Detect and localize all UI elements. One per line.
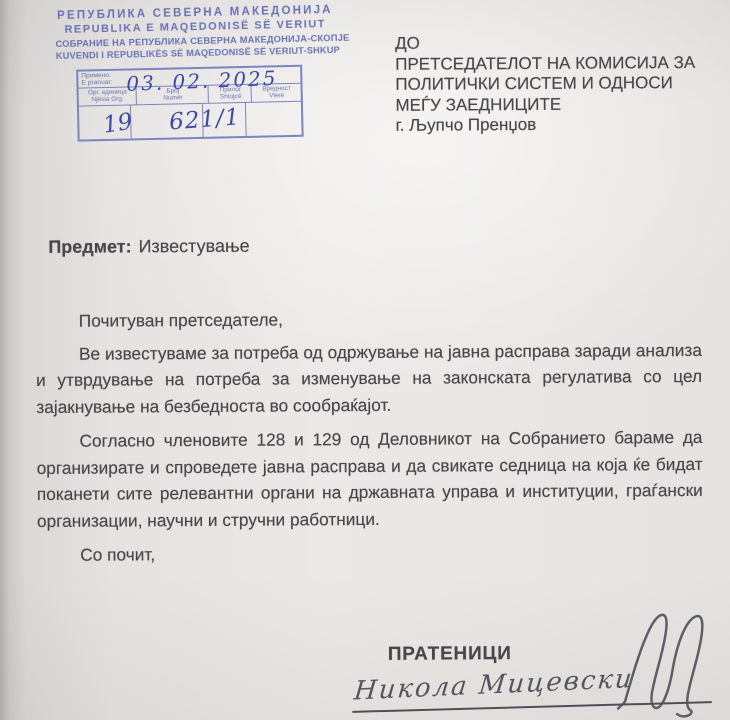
scanned-letter-page: РЕПУБЛИКА СЕВЕРНА МАКЕДОНИЈА REPUBLIKA E… xyxy=(0,0,730,720)
assembly-receipt-stamp: РЕПУБЛИКА СЕВЕРНА МАКЕДОНИЈА REPUBLIKA E… xyxy=(55,4,338,142)
received-label: Примено: E pranuar: xyxy=(81,69,235,87)
stamp-col-value: Вредност Vlerë xyxy=(252,84,301,102)
deputies-heading: ПРАТЕНИЦИ xyxy=(388,643,512,666)
attachment-label-sq: Shtojcë xyxy=(219,94,241,101)
body-paragraph-1: Ве известуваме за потреба од одржување н… xyxy=(36,336,702,420)
recipient-line-to: ДО xyxy=(395,32,695,54)
handwritten-signature-name: Никола Мицевски xyxy=(353,664,635,707)
number-label-sq: Numër xyxy=(163,95,183,102)
recipient-person-name: г. Љупчо Пренџов xyxy=(396,114,696,136)
stamp-cell-attachment xyxy=(203,103,247,137)
stamp-cell-org-unit xyxy=(79,105,132,139)
stamp-cell-number xyxy=(131,104,204,139)
recipient-line-title-1: ПРЕТСЕДАТЕЛОТ НА КОМИСИЈА ЗА xyxy=(395,52,695,74)
stamp-header: РЕПУБЛИКА СЕВЕРНА МАКЕДОНИЈА REPUBLIKA E… xyxy=(55,4,336,61)
stamp-col-org-unit-label: Орг. единица Njësia Org. xyxy=(88,89,127,104)
stamp-col-attachment: Прилог Shtojcë xyxy=(209,85,252,103)
stamp-col-value-label: Вредност Vlerë xyxy=(262,86,291,101)
closing-phrase: Со почит, xyxy=(37,538,703,569)
stamp-col-org-unit: Орг. единица Njësia Org. xyxy=(79,87,138,105)
salutation: Почитуван претседателе, xyxy=(36,304,702,335)
value-label-sq: Vlerë xyxy=(262,92,291,100)
stamp-col-number-label: Број Numër xyxy=(163,88,183,102)
stamp-cell-value xyxy=(246,102,302,136)
subject-value: Известување xyxy=(139,236,250,257)
recipient-line-title-2: ПОЛИТИЧКИ СИСТЕМ И ОДНОСИ xyxy=(395,73,695,95)
stamp-table-value-row xyxy=(79,102,302,140)
signature-flourish xyxy=(613,604,730,719)
subject-label: Предмет: xyxy=(48,236,131,257)
stamp-table: Примено: E pranuar: Орг. единица Njësia … xyxy=(76,65,304,142)
recipient-line-title-3: МЕЃУ ЗАЕДНИЦИТЕ xyxy=(395,93,695,115)
scan-content: РЕПУБЛИКА СЕВЕРНА МАКЕДОНИЈА REPUBLIKA E… xyxy=(0,0,730,720)
body-paragraph-2: Согласно членовите 128 и 129 од Деловник… xyxy=(36,424,703,534)
stamp-col-number: Број Numër xyxy=(137,86,209,105)
subject-line: Предмет:Известување xyxy=(48,236,249,258)
recipient-address-block: ДО ПРЕТСЕДАТЕЛОТ НА КОМИСИЈА ЗА ПОЛИТИЧК… xyxy=(395,32,696,136)
org-unit-label-sq: Njësia Org. xyxy=(88,96,127,104)
letter-body: Почитуван претседателе, Ве известуваме з… xyxy=(36,304,704,569)
stamp-col-attachment-label: Прилог Shtojcë xyxy=(219,87,241,101)
